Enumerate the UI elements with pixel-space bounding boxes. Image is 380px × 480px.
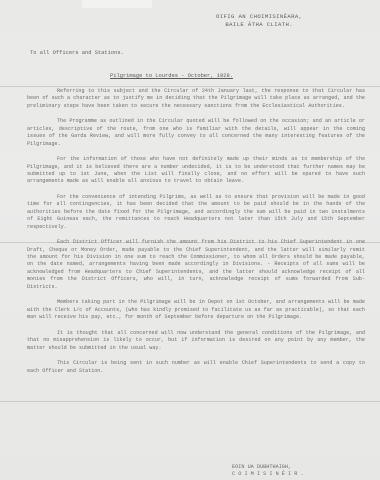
- letterhead-office: OIFIG AN CHOIMISINÉARA,: [216, 13, 302, 21]
- paragraph: For the convenience of intending Pilgrim…: [27, 194, 365, 231]
- salutation: To all Officers and Stations.: [30, 50, 124, 56]
- fold-line: [0, 86, 380, 87]
- paper-tape-mark: [82, 0, 152, 8]
- paragraph: For the information of those who have no…: [27, 156, 365, 186]
- subject-heading: Pilgrimage to Lourdes - October, 1928.: [110, 73, 233, 79]
- paragraph: The Programme as outlined in the Circula…: [27, 118, 365, 148]
- paragraph: Members taking part in the Pilgrimage wi…: [27, 299, 365, 321]
- letter-body: Referring to this subject and the Circul…: [27, 88, 365, 383]
- fold-line: [0, 401, 380, 402]
- paragraph: Each District Officer will furnish the a…: [27, 239, 365, 291]
- paragraph: Referring to this subject and the Circul…: [27, 88, 365, 110]
- signatory-title: C O I M I S I N É I R .: [232, 471, 304, 478]
- signature-block: EOIN UA DUBHTHAIGH, C O I M I S I N É I …: [232, 464, 304, 478]
- letterhead-city: BAILE ÁTHA CLIATH.: [216, 21, 302, 29]
- paragraph: This Circular is being sent in such numb…: [27, 360, 365, 375]
- signatory-name: EOIN UA DUBHTHAIGH,: [232, 464, 304, 471]
- letterhead: OIFIG AN CHOIMISINÉARA, BAILE ÁTHA CLIAT…: [216, 13, 302, 29]
- paragraph: It is thought that all concerned will no…: [27, 330, 365, 352]
- document-page: OIFIG AN CHOIMISINÉARA, BAILE ÁTHA CLIAT…: [0, 0, 380, 480]
